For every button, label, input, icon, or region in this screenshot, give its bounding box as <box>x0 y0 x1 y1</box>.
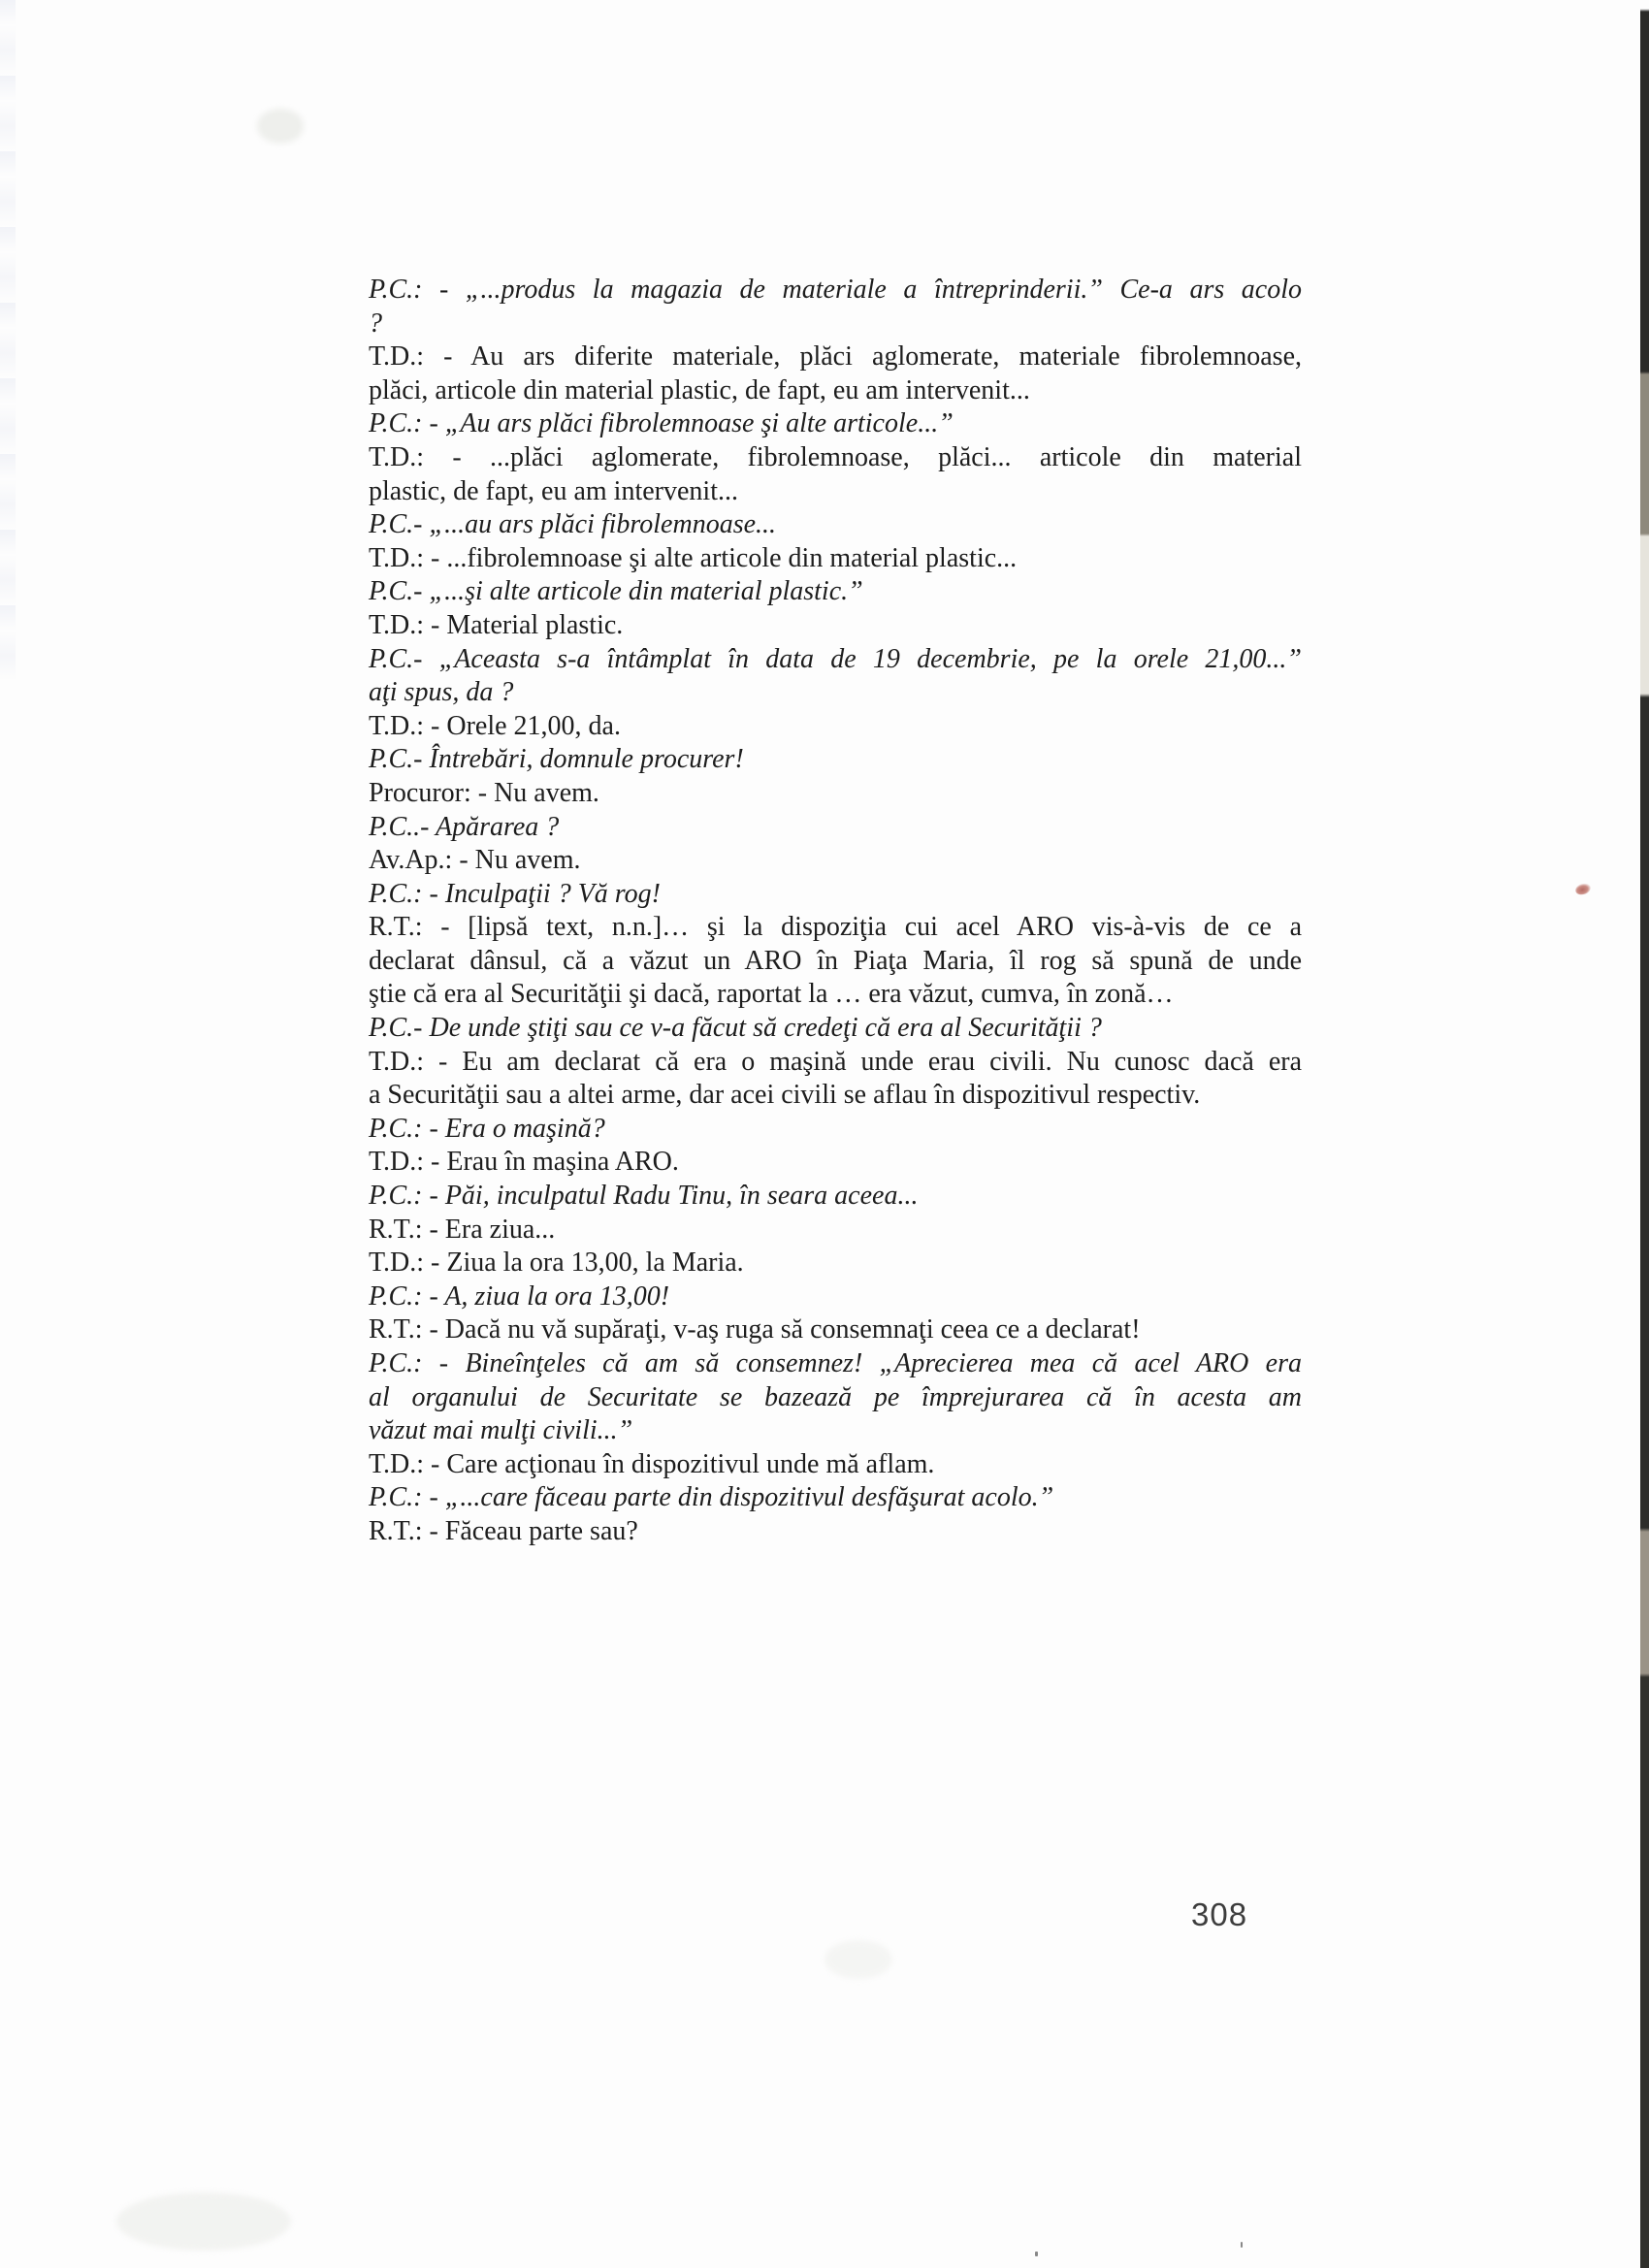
transcript-line: R.T.: - Era ziua... <box>369 1214 1302 1247</box>
transcript-paragraph: P.C.: - Păi, inculpatul Radu Tinu, în se… <box>369 1180 1302 1214</box>
transcript-line: P.C.- „...au ars plăci fibrolemnoase... <box>369 508 1302 542</box>
transcript-paragraph: P.C..- Apărarea ? <box>369 811 1302 845</box>
transcript-paragraph: T.D.: - Orele 21,00, da. <box>369 710 1302 744</box>
transcript-paragraph: P.C.- Întrebări, domnule procurer! <box>369 743 1302 777</box>
transcript-line: declarat dânsul, că a văzut un ARO în Pi… <box>369 945 1302 979</box>
transcript-line: R.T.: - Făceau parte sau? <box>369 1515 1302 1549</box>
transcript-line: P.C.- Întrebări, domnule procurer! <box>369 743 1302 777</box>
transcript-paragraph: P.C.: - Era o maşină? <box>369 1113 1302 1147</box>
transcript-line: T.D.: - ...fibrolemnoase şi alte articol… <box>369 542 1302 576</box>
transcript-line: T.D.: - Erau în maşina ARO. <box>369 1146 1302 1180</box>
transcript-paragraph: T.D.: - Au ars diferite materiale, plăci… <box>369 340 1302 407</box>
transcript-line: T.D.: - Ziua la ora 13,00, la Maria. <box>369 1247 1302 1280</box>
transcript-line: a Securităţii sau a altei arme, dar acei… <box>369 1079 1302 1113</box>
transcript-paragraph: T.D.: - ...fibrolemnoase şi alte articol… <box>369 542 1302 576</box>
transcript-line: T.D.: - Material plastic. <box>369 609 1302 643</box>
transcript-line: P.C.- De unde ştiţi sau ce v-a făcut să … <box>369 1012 1302 1046</box>
transcript-line: P.C.: - Păi, inculpatul Radu Tinu, în se… <box>369 1180 1302 1214</box>
transcript-paragraph: T.D.: - ...plăci aglomerate, fibrolemnoa… <box>369 441 1302 508</box>
transcript-line: T.D.: - Eu am declarat că era o maşină u… <box>369 1046 1302 1080</box>
transcript-paragraph: P.C.- „...au ars plăci fibrolemnoase... <box>369 508 1302 542</box>
transcript-paragraph: P.C.- „Aceasta s-a întâmplat în data de … <box>369 643 1302 710</box>
scan-speck-artifact <box>1241 2242 1243 2248</box>
transcript-line: plăci, articole din material plastic, de… <box>369 374 1302 408</box>
transcript-line: ştie că era al Securităţii şi dacă, rapo… <box>369 978 1302 1012</box>
red-ink-smudge-artifact <box>1574 882 1593 896</box>
transcript-paragraph: R.T.: - Făceau parte sau? <box>369 1515 1302 1549</box>
transcript-line: P.C.: - A, ziua la ora 13,00! <box>369 1280 1302 1314</box>
transcript-paragraph: Procuror: - Nu avem. <box>369 777 1302 811</box>
transcript-line: ? <box>369 308 1302 341</box>
transcript-line: P.C.- „Aceasta s-a întâmplat în data de … <box>369 643 1302 677</box>
transcript-paragraph: T.D.: - Material plastic. <box>369 609 1302 643</box>
transcript-line: P.C.: - „...produs la magazia de materia… <box>369 274 1302 308</box>
transcript-line: R.T.: - Dacă nu vă supăraţi, v-aş ruga s… <box>369 1313 1302 1347</box>
transcript-paragraph: P.C.- „...şi alte articole din material … <box>369 575 1302 609</box>
scan-smudge-artifact <box>257 109 304 144</box>
transcript-line: aţi spus, da ? <box>369 676 1302 710</box>
transcript-line: T.D.: - Au ars diferite materiale, plăci… <box>369 340 1302 374</box>
transcript-paragraph: R.T.: - Dacă nu vă supăraţi, v-aş ruga s… <box>369 1313 1302 1347</box>
transcript-line: Procuror: - Nu avem. <box>369 777 1302 811</box>
transcript-paragraph: T.D.: - Care acţionau în dispozitivul un… <box>369 1448 1302 1482</box>
transcript-paragraph: P.C.: - „...produs la magazia de materia… <box>369 274 1302 340</box>
transcript-line: P.C.: - Bineînţeles că am să consemnez! … <box>369 1347 1302 1381</box>
transcript-line: P.C.: - Inculpaţii ? Vă rog! <box>369 878 1302 912</box>
transcript-line: Av.Ap.: - Nu avem. <box>369 844 1302 878</box>
transcript-paragraph: T.D.: - Eu am declarat că era o maşină u… <box>369 1046 1302 1113</box>
scan-smudge-artifact <box>116 2192 291 2251</box>
transcript-paragraph: P.C.: - A, ziua la ora 13,00! <box>369 1280 1302 1314</box>
transcript-paragraph: P.C.- De unde ştiţi sau ce v-a făcut să … <box>369 1012 1302 1046</box>
transcript-paragraph: P.C.: - „Au ars plăci fibrolemnoase şi a… <box>369 407 1302 441</box>
transcript-paragraph: T.D.: - Ziua la ora 13,00, la Maria. <box>369 1247 1302 1280</box>
transcript-paragraph: Av.Ap.: - Nu avem. <box>369 844 1302 878</box>
transcript-line: P.C.: - Era o maşină? <box>369 1113 1302 1147</box>
transcript-line: plastic, de fapt, eu am intervenit... <box>369 475 1302 509</box>
transcript: P.C.: - „...produs la magazia de materia… <box>369 274 1302 1549</box>
transcript-line: T.D.: - Orele 21,00, da. <box>369 710 1302 744</box>
transcript-line: T.D.: - ...plăci aglomerate, fibrolemnoa… <box>369 441 1302 475</box>
transcript-paragraph: P.C.: - Inculpaţii ? Vă rog! <box>369 878 1302 912</box>
transcript-line: R.T.: - [lipsă text, n.n.]… şi la dispoz… <box>369 911 1302 945</box>
scan-smudge-artifact <box>824 1940 892 1979</box>
transcript-paragraph: R.T.: - [lipsă text, n.n.]… şi la dispoz… <box>369 911 1302 1012</box>
transcript-line: al organului de Securitate se bazează pe… <box>369 1381 1302 1415</box>
scan-edge-artifact-right <box>1640 0 1649 2268</box>
transcript-paragraph: P.C.: - Bineînţeles că am să consemnez! … <box>369 1347 1302 1448</box>
scanned-page: P.C.: - „...produs la magazia de materia… <box>0 0 1649 2268</box>
scan-speck-artifact <box>1035 2252 1038 2256</box>
transcript-line: văzut mai mulţi civili...” <box>369 1414 1302 1448</box>
transcript-line: T.D.: - Care acţionau în dispozitivul un… <box>369 1448 1302 1482</box>
transcript-paragraph: T.D.: - Erau în maşina ARO. <box>369 1146 1302 1180</box>
transcript-line: P.C.: - „Au ars plăci fibrolemnoase şi a… <box>369 407 1302 441</box>
page-number: 308 <box>1191 1896 1247 1933</box>
transcript-line: P.C.- „...şi alte articole din material … <box>369 575 1302 609</box>
scan-edge-artifact-left <box>0 0 16 679</box>
transcript-line: P.C.: - „...care făceau parte din dispoz… <box>369 1481 1302 1515</box>
transcript-line: P.C..- Apărarea ? <box>369 811 1302 845</box>
transcript-paragraph: P.C.: - „...care făceau parte din dispoz… <box>369 1481 1302 1515</box>
transcript-paragraph: R.T.: - Era ziua... <box>369 1214 1302 1247</box>
